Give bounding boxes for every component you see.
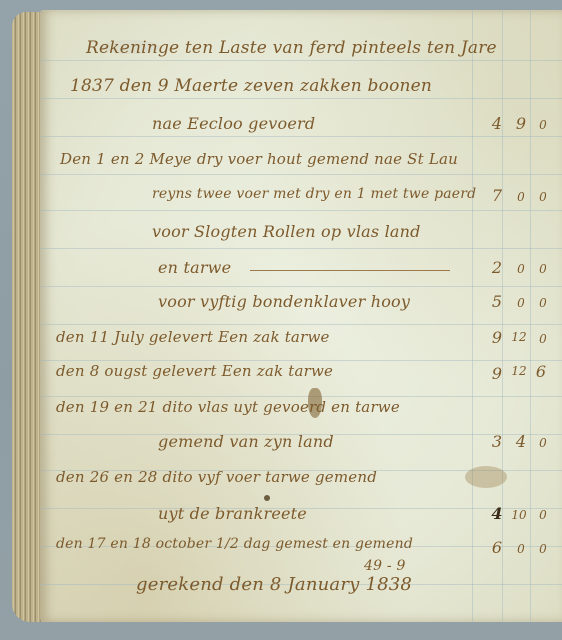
amount-stuivers: 0 xyxy=(510,190,532,204)
ledger-photo: Rekeninge ten Laste van ferd pinteels te… xyxy=(0,0,562,640)
ruled-line xyxy=(40,210,562,211)
amount-guilders: 4 xyxy=(486,114,508,133)
amount-stuivers: 10 xyxy=(508,508,530,522)
amount-stuivers: 0 xyxy=(510,542,532,556)
ruled-line xyxy=(40,286,562,287)
entry-text: voor Slogten Rollen op vlas land xyxy=(152,222,421,241)
amount-guilders: 7 xyxy=(486,186,508,205)
amount-guilders: 9 xyxy=(486,364,508,383)
entry-text: den 19 en 21 dito vlas uyt gevoerd en ta… xyxy=(56,398,400,416)
amount-stuivers: 4 xyxy=(510,432,532,451)
amount-guilders: 5 xyxy=(486,292,508,311)
column-line xyxy=(472,10,473,622)
amount-deniers: 0 xyxy=(532,118,554,132)
amount-deniers: 0 xyxy=(532,436,554,450)
ruled-line xyxy=(40,396,562,397)
amount-guilders: 4 xyxy=(486,504,508,523)
amount-stuivers: 12 xyxy=(508,330,530,344)
ruled-line xyxy=(40,360,562,361)
amount-deniers: 0 xyxy=(532,296,554,310)
header-line-1: Rekeninge ten Laste van ferd pinteels te… xyxy=(86,38,497,58)
amount-deniers: 0 xyxy=(532,508,554,522)
amount-guilders: 2 xyxy=(486,258,508,277)
entry-text: gemend van zyn land xyxy=(158,432,334,451)
ruled-line xyxy=(40,98,562,99)
ruled-line xyxy=(40,324,562,325)
water-stain xyxy=(465,466,507,488)
column-line xyxy=(502,10,503,622)
entry-text: den 17 en 18 october 1/2 dag gemest en g… xyxy=(56,536,413,552)
amount-guilders: 6 xyxy=(486,538,508,557)
ruled-line xyxy=(40,60,562,61)
entry-text: voor vyftig bondenklaver hooy xyxy=(158,292,410,311)
entry-text: uyt de brankreete xyxy=(158,504,307,523)
header-line-2: 1837 den 9 Maerte zeven zakken boonen xyxy=(70,76,432,96)
ruled-line xyxy=(40,136,562,137)
amount-deniers: 0 xyxy=(532,332,554,346)
amount-deniers: 0 xyxy=(532,190,554,204)
amount-stuivers: 12 xyxy=(508,364,530,378)
entry-text: den 11 July gelevert Een zak tarwe xyxy=(56,328,330,346)
amount-deniers: 6 xyxy=(530,362,552,381)
footer-reckoned-date: gerekend den 8 January 1838 xyxy=(136,574,412,595)
total-amount: 49 - 9 xyxy=(364,558,406,574)
entry-text: en tarwe xyxy=(158,258,231,277)
amount-deniers: 0 xyxy=(532,542,554,556)
ledger-page: Rekeninge ten Laste van ferd pinteels te… xyxy=(40,10,562,622)
ruled-line xyxy=(40,174,562,175)
amount-stuivers: 0 xyxy=(510,262,532,276)
amount-guilders: 3 xyxy=(486,432,508,451)
entry-text: nae Eecloo gevoerd xyxy=(152,114,315,133)
fill-line xyxy=(250,270,450,271)
ink-dot xyxy=(264,495,270,501)
entry-text: Den 1 en 2 Meye dry voer hout gemend nae… xyxy=(60,150,458,168)
column-line xyxy=(530,10,531,622)
entry-text: den 8 ougst gelevert Een zak tarwe xyxy=(56,362,333,380)
amount-deniers: 0 xyxy=(532,262,554,276)
entry-text: reyns twee voer met dry en 1 met twe pae… xyxy=(152,186,476,202)
amount-stuivers: 0 xyxy=(510,296,532,310)
amount-guilders: 9 xyxy=(486,328,508,347)
ruled-line xyxy=(40,248,562,249)
amount-stuivers: 9 xyxy=(510,114,532,133)
entry-text: den 26 en 28 dito vyf voer tarwe gemend xyxy=(56,468,377,486)
